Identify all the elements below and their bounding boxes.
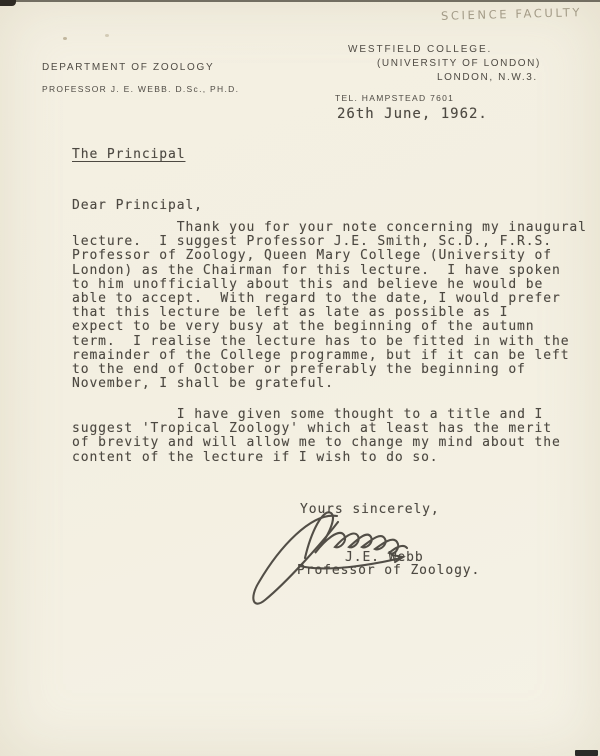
pencil-annotation: SCIENCE FACULTY [441,5,582,23]
salutation: Dear Principal, [72,199,203,213]
letterhead-professor: PROFESSOR J. E. WEBB. D.Sc., PH.D. [42,84,239,94]
paper-speck [105,34,109,37]
body-paragraph-2: I have given some thought to a title and… [72,408,594,465]
scan-corner-mark [0,0,16,6]
typed-signature-title: Professor of Zoology. [297,564,480,578]
scan-top-edge [0,0,600,2]
letterhead-university: (UNIVERSITY OF LONDON) [377,58,541,69]
letterhead-city: LONDON, N.W.3. [437,72,538,83]
letterhead-department: DEPARTMENT OF ZOOLOGY [42,62,214,73]
letterhead-college: WESTFIELD COLLEGE. [348,44,492,55]
letter-date: 26th June, 1962. [337,107,488,121]
paper-speck [63,37,67,40]
signature-oval-flourish [253,516,338,604]
scanned-letter-page: SCIENCE FACULTY DEPARTMENT OF ZOOLOGY PR… [0,0,600,756]
scan-bottom-right-mark [575,750,598,756]
body-paragraph-1: Thank you for your note concerning my in… [72,221,594,391]
letterhead-telephone: TEL. HAMPSTEAD 7601 [335,93,454,103]
recipient-line: The Principal [72,148,185,162]
